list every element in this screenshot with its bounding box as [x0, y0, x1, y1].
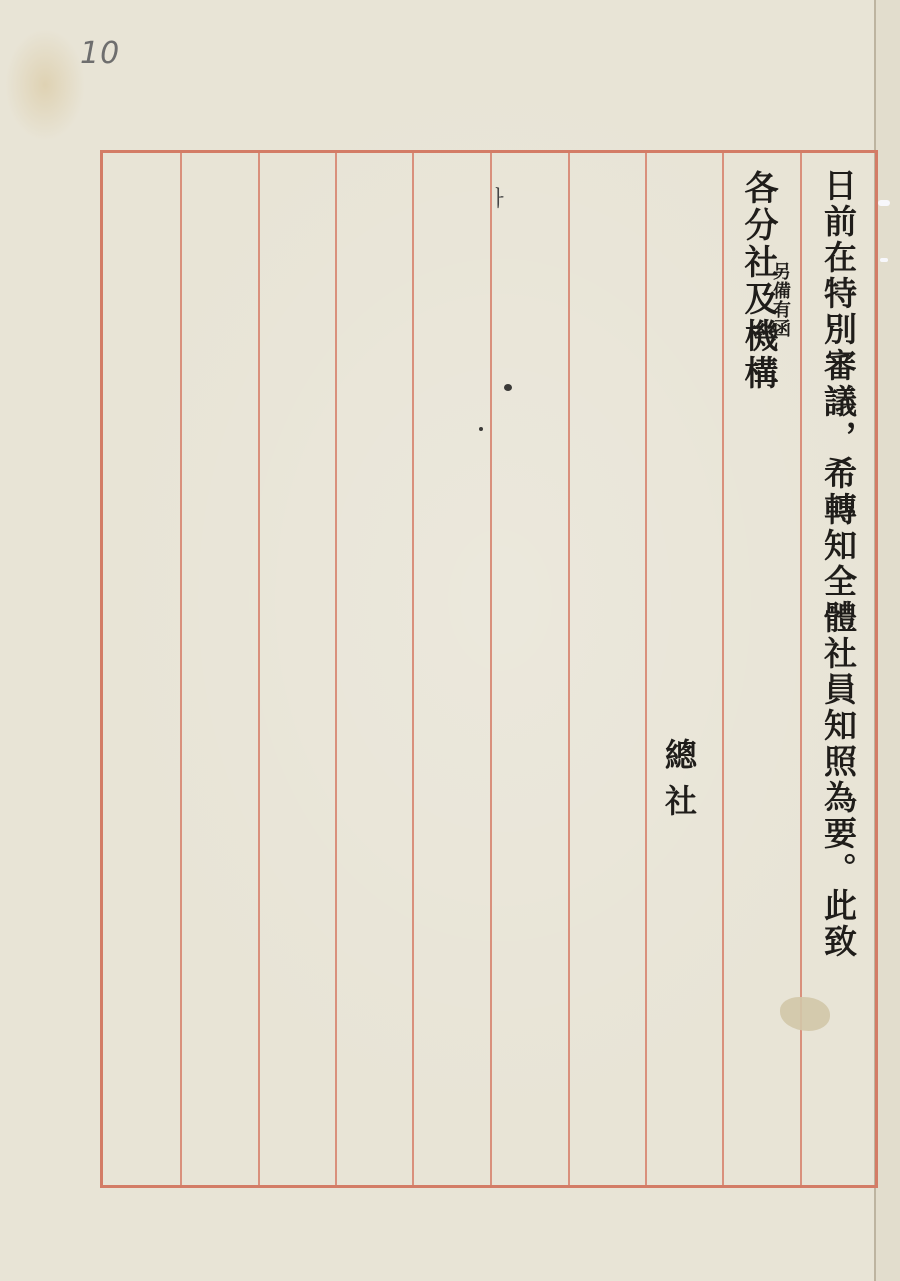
grid-line — [645, 153, 647, 1185]
ink-spot — [504, 384, 512, 391]
ink-spot — [479, 427, 483, 431]
grid-line — [490, 153, 492, 1185]
grid-line — [722, 153, 724, 1185]
grid-line — [180, 153, 182, 1185]
grid-line — [568, 153, 570, 1185]
text-annotation: 另備有函 — [770, 262, 790, 338]
document-page: 10 日前在特別審議，希轉知全體社員知照為要。此致 各分社及機構 另備有函 總社… — [0, 0, 900, 1281]
text-column-signature: 總社 — [660, 738, 698, 830]
grid-line — [412, 153, 414, 1185]
grid-line — [335, 153, 337, 1185]
binding-hole — [880, 258, 888, 262]
binding-hole — [878, 200, 890, 206]
grid-line — [258, 153, 260, 1185]
text-column-main: 日前在特別審議，希轉知全體社員知照為要。此致 — [818, 168, 858, 960]
stray-mark: ㅏ — [488, 182, 509, 213]
page-number: 10 — [80, 36, 120, 71]
